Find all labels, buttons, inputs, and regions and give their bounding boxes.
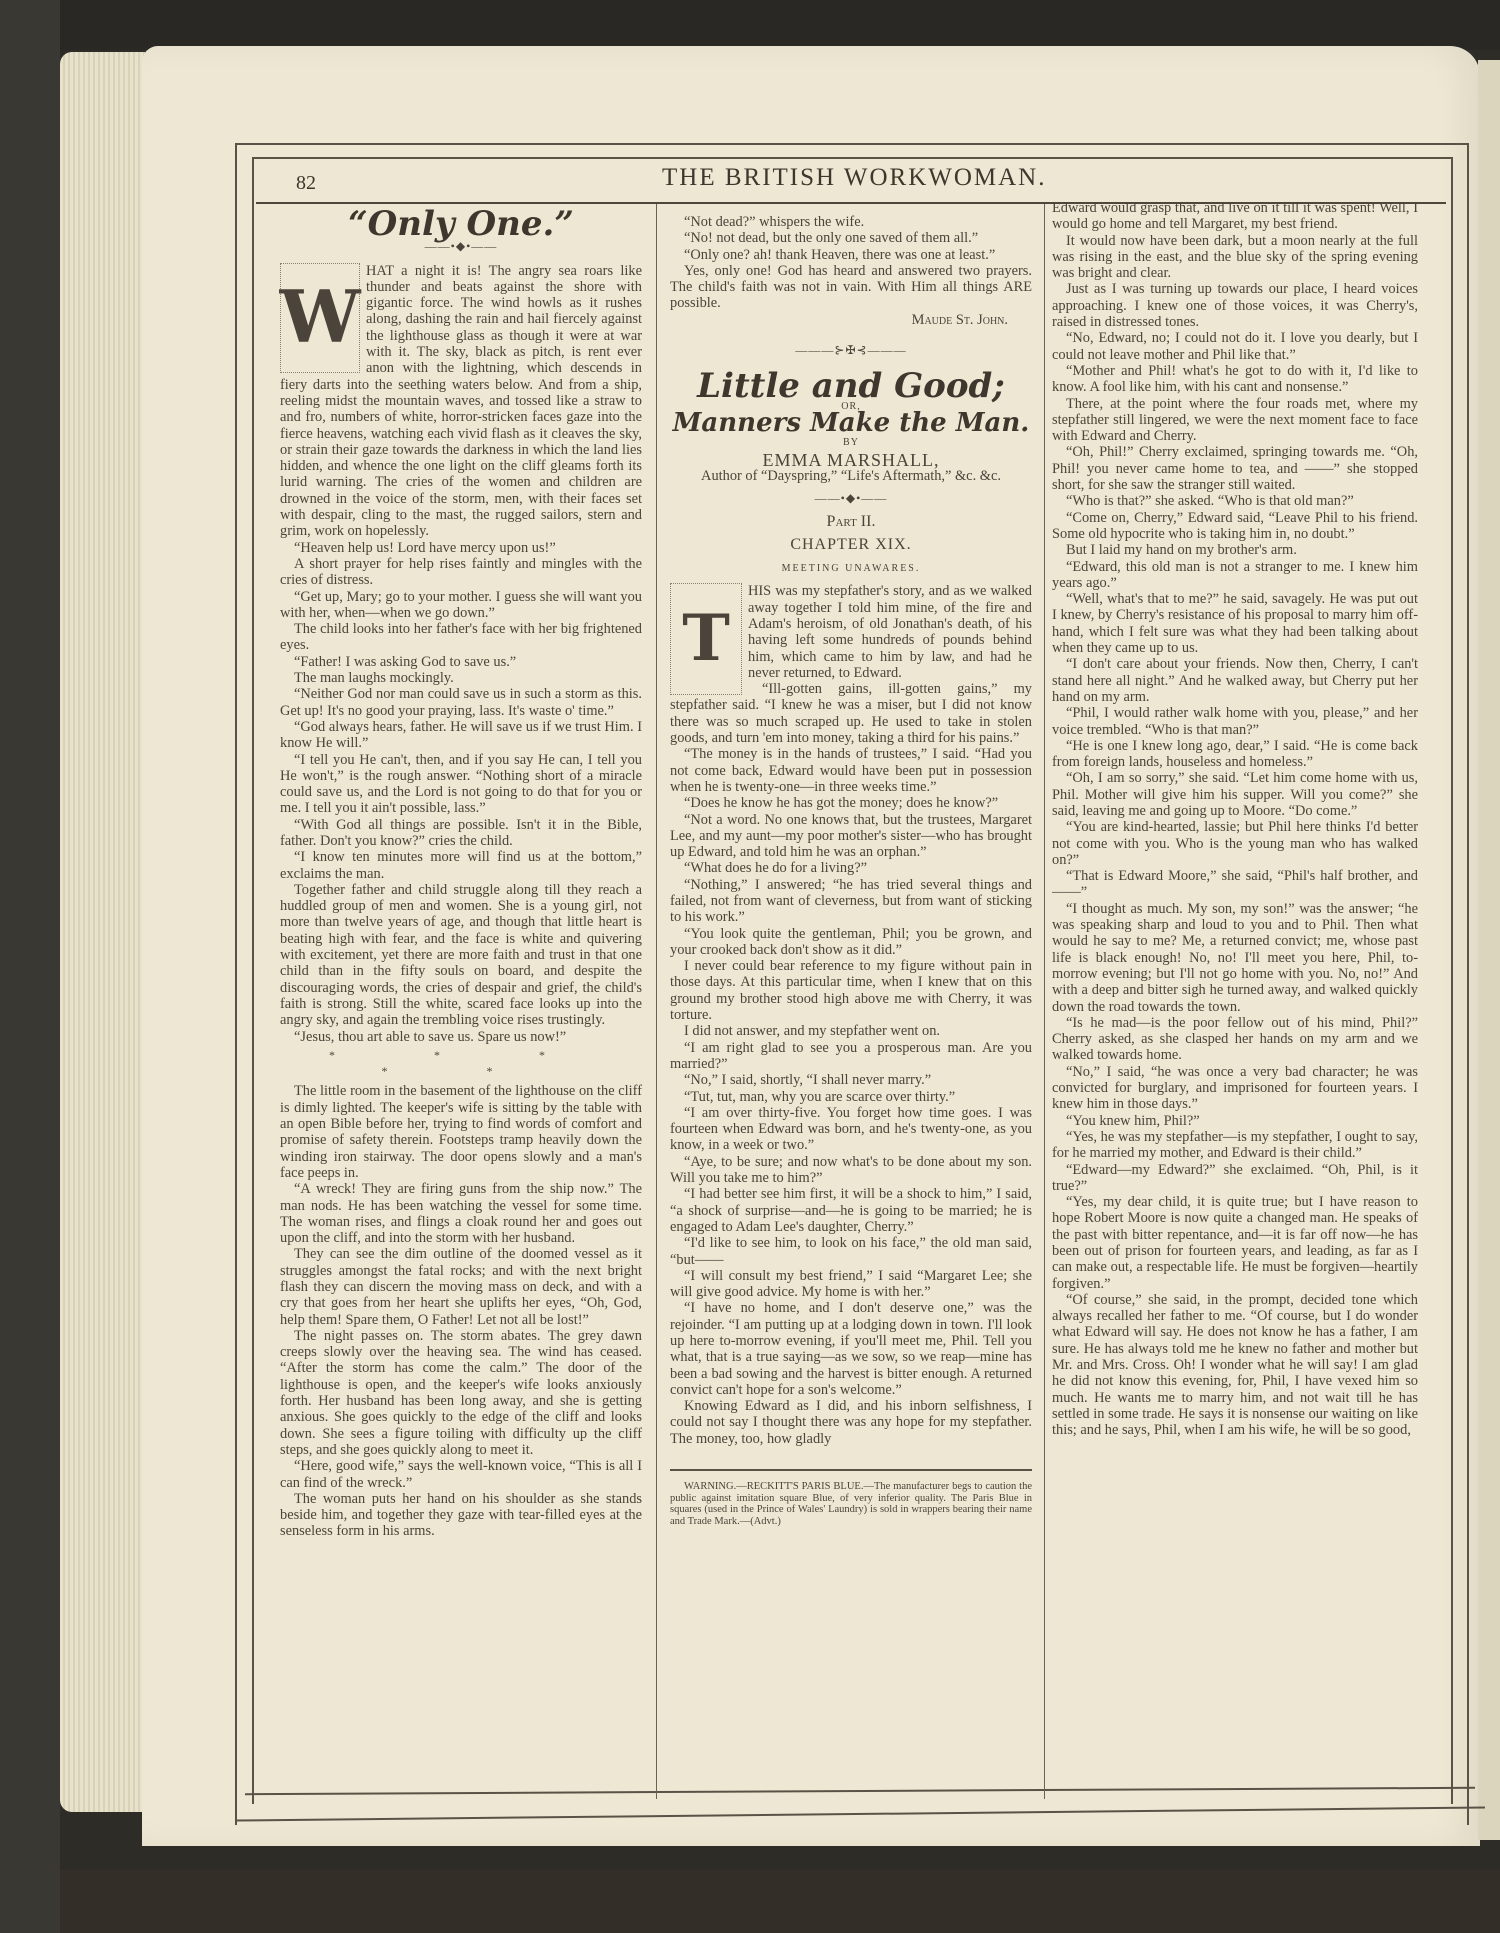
- story-title: “Only One.”: [280, 216, 642, 232]
- chapter-heading: CHAPTER XIX.: [670, 537, 1032, 553]
- paragraph: “Well, what's that to me?” he said, sava…: [1052, 591, 1418, 656]
- paragraph: “I tell you He can't, then, and if you s…: [280, 752, 642, 817]
- column-2: “Not dead?” whispers the wife. “No! not …: [670, 214, 1032, 1527]
- book-binding-left: [0, 0, 60, 1933]
- paragraph: “Come on, Cherry,” Edward said, “Leave P…: [1052, 510, 1418, 543]
- chapter-subtitle: MEETING UNAWARES.: [670, 561, 1032, 577]
- paragraph: “Neither God nor man could save us in su…: [280, 686, 642, 719]
- paragraph: Just as I was turning up towards our pla…: [1052, 281, 1418, 330]
- paragraph: “Yes, my dear child, it is quite true; b…: [1052, 1194, 1418, 1292]
- paragraph: “With God all things are possible. Isn't…: [280, 817, 642, 850]
- illuminated-drop-cap: W: [280, 263, 360, 373]
- paragraph: “No,” I said, “he was once a very bad ch…: [1052, 1064, 1418, 1113]
- paragraph: “The money is in the hands of trustees,”…: [670, 746, 1032, 795]
- part-heading: Part II.: [670, 514, 1032, 530]
- paragraph: The little room in the basement of the l…: [280, 1083, 642, 1181]
- paragraph: “Heaven help us! Lord have mercy upon us…: [280, 540, 642, 556]
- paragraph: The woman puts her hand on his shoulder …: [280, 1491, 642, 1540]
- drop-cap-letter: T: [682, 631, 730, 647]
- paragraph: “Only one? ah! thank Heaven, there was o…: [670, 247, 1032, 263]
- paragraph: “Get up, Mary; go to your mother. I gues…: [280, 589, 642, 622]
- column-3: Edward would grasp that, and live on it …: [1052, 200, 1418, 1439]
- paragraph: “Father! I was asking God to save us.”: [280, 654, 642, 670]
- page-header: 82 THE BRITISH WORKWOMAN.: [256, 160, 1446, 204]
- ornament-divider: ——•◆•——: [670, 490, 1032, 506]
- advertisement: WARNING.—RECKITT'S PARIS BLUE.—The manuf…: [670, 1469, 1032, 1527]
- paragraph: I did not answer, and my stepfather went…: [670, 1023, 1032, 1039]
- paragraph: The man laughs mockingly.: [280, 670, 642, 686]
- paragraph: “Oh, Phil!” Cherry exclaimed, springing …: [1052, 444, 1418, 493]
- paragraph: “I will consult my best friend,” I said …: [670, 1268, 1032, 1301]
- column-divider: [1044, 204, 1045, 1799]
- paragraph: Edward would grasp that, and live on it …: [1052, 200, 1418, 233]
- paragraph: “I am over thirty-five. You forget how t…: [670, 1105, 1032, 1154]
- paragraph: “I had better see him first, it will be …: [670, 1186, 1032, 1235]
- paragraph: It would now have been dark, but a moon …: [1052, 233, 1418, 282]
- paragraph: Together father and child struggle along…: [280, 882, 642, 1029]
- paragraph: “Who is that?” she asked. “Who is that o…: [1052, 493, 1418, 509]
- paragraph: “No, Edward, no; I could not do it. I lo…: [1052, 330, 1418, 363]
- paragraph: “Edward—my Edward?” she exclaimed. “Oh, …: [1052, 1162, 1418, 1195]
- paragraph: “Nothing,” I answered; “he has tried sev…: [670, 877, 1032, 926]
- illuminated-drop-cap: T: [670, 583, 742, 695]
- paragraph: There, at the point where the four roads…: [1052, 396, 1418, 445]
- paragraph: “I'd like to see him, to look on his fac…: [670, 1235, 1032, 1268]
- paragraph: Knowing Edward as I did, and his inborn …: [670, 1398, 1032, 1447]
- paragraph: “Tut, tut, man, why you are scarce over …: [670, 1089, 1032, 1105]
- book-binding-bottom: [60, 1870, 1500, 1933]
- paragraph: “He is one I knew long ago, dear,” I sai…: [1052, 738, 1418, 771]
- paragraph: I never could bear reference to my figur…: [670, 958, 1032, 1023]
- paragraph: Yes, only one! God has heard and answere…: [670, 263, 1032, 312]
- paragraph: They can see the dim outline of the doom…: [280, 1246, 642, 1327]
- paragraph: “God always hears, father. He will save …: [280, 719, 642, 752]
- section-break-stars: * * * * *: [280, 1047, 642, 1080]
- paragraph: “I am right glad to see you a prosperous…: [670, 1040, 1032, 1073]
- paragraph: The night passes on. The storm abates. T…: [280, 1328, 642, 1458]
- column-divider: [656, 204, 657, 1799]
- page-number: 82: [296, 172, 316, 195]
- paragraph: “You look quite the gentleman, Phil; you…: [670, 926, 1032, 959]
- serial-author: EMMA MARSHALL,: [670, 452, 1032, 468]
- ornament-divider: ——•◆•——: [280, 238, 642, 254]
- book-binding-top: [0, 0, 1500, 50]
- column-1: “Only One.” ——•◆•—— W HAT a night it is!…: [280, 210, 642, 1540]
- paragraph: “I have no home, and I don't deserve one…: [670, 1300, 1032, 1398]
- author-signature: Maude St. John.: [670, 312, 1032, 328]
- paragraph: But I laid my hand on my brother's arm.: [1052, 542, 1418, 558]
- paragraph: “Jesus, thou art able to save us. Spare …: [280, 1029, 642, 1045]
- separator-ornament: ———⊱✠⊰———: [670, 342, 1032, 358]
- paragraph: “Not dead?” whispers the wife.: [670, 214, 1032, 230]
- magazine-title: THE BRITISH WORKWOMAN.: [662, 164, 1047, 192]
- paragraph: “Is he mad—is the poor fellow out of his…: [1052, 1015, 1418, 1064]
- paragraph: “Does he know he has got the money; does…: [670, 795, 1032, 811]
- paragraph: “Mother and Phil! what's he got to do wi…: [1052, 363, 1418, 396]
- facing-page-edge: [1478, 60, 1500, 1840]
- paragraph: “I don't care about your friends. Now th…: [1052, 656, 1418, 705]
- paragraph: “Yes, he was my stepfather—is my stepfat…: [1052, 1129, 1418, 1162]
- paragraph: “No,” I said, shortly, “I shall never ma…: [670, 1072, 1032, 1088]
- serial-title: Little and Good;: [670, 378, 1032, 394]
- paragraph: “A wreck! They are firing guns from the …: [280, 1181, 642, 1246]
- paragraph: “That is Edward Moore,” she said, “Phil'…: [1052, 868, 1418, 901]
- paragraph: “Here, good wife,” says the well-known v…: [280, 1458, 642, 1491]
- paragraph: The child looks into her father's face w…: [280, 621, 642, 654]
- paragraph: A short prayer for help rises faintly an…: [280, 556, 642, 589]
- drop-cap-letter: W: [280, 309, 361, 325]
- paragraph: “Of course,” she said, in the prompt, de…: [1052, 1292, 1418, 1439]
- paragraph: “I thought as much. My son, my son!” was…: [1052, 901, 1418, 1015]
- serial-subtitle: Manners Make the Man.: [670, 415, 1032, 431]
- paragraph: “Aye, to be sure; and now what's to be d…: [670, 1154, 1032, 1187]
- paragraph: “You are kind-hearted, lassie; but Phil …: [1052, 819, 1418, 868]
- advert-text: WARNING.—RECKITT'S PARIS BLUE.—The manuf…: [670, 1481, 1032, 1527]
- author-credits: Author of “Dayspring,” “Life's Aftermath…: [670, 468, 1032, 484]
- paragraph: “I know ten minutes more will find us at…: [280, 849, 642, 882]
- paragraph: “Phil, I would rather walk home with you…: [1052, 705, 1418, 738]
- paragraph: “You knew him, Phil?”: [1052, 1113, 1418, 1129]
- paragraph: “What does he do for a living?”: [670, 860, 1032, 876]
- paragraph: “Edward, this old man is not a stranger …: [1052, 559, 1418, 592]
- paragraph: “Not a word. No one knows that, but the …: [670, 812, 1032, 861]
- paragraph: “No! not dead, but the only one saved of…: [670, 230, 1032, 246]
- page-stack-edge: [60, 52, 145, 1812]
- paragraph: “Oh, I am so sorry,” she said. “Let him …: [1052, 770, 1418, 819]
